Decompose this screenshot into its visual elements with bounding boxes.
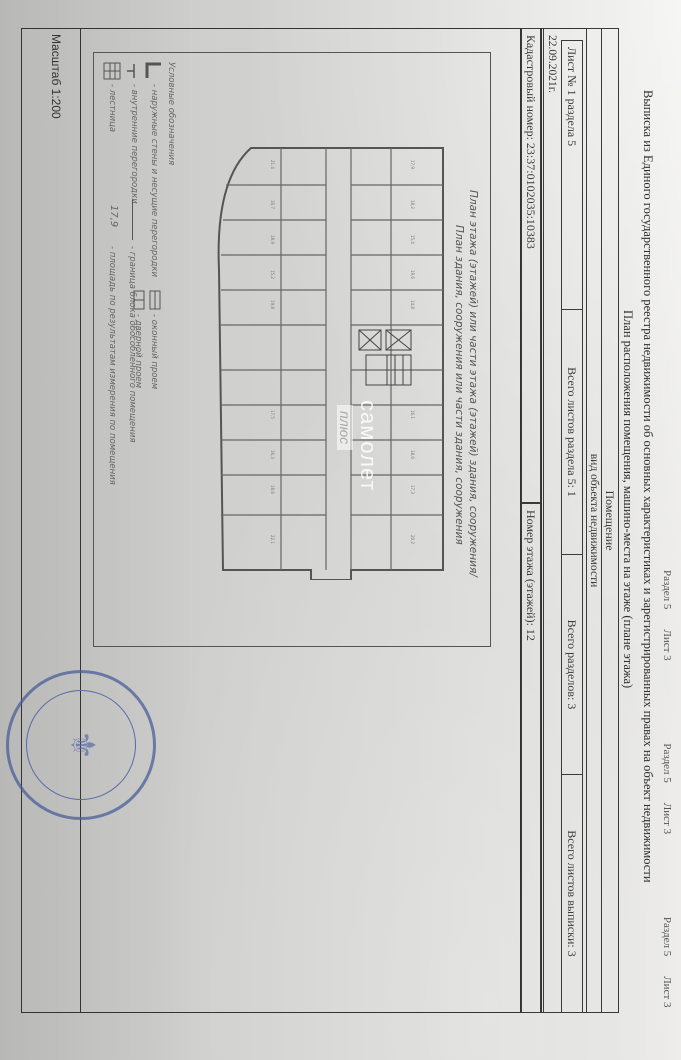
legend-window: - оконный проем [149,314,159,389]
exterior-wall-icon [145,62,163,80]
watermark-badge: плюс [337,405,353,450]
legend-staircase: - лестница [107,84,117,132]
plan-title-2: План здания, сооружения или части здания… [453,225,465,545]
scale-row [21,28,81,1013]
watermark-text: самолет [355,400,381,492]
running-header: Раздел 5Лист 3 Раздел 5Лист 3 Раздел 5Ли… [661,560,673,1018]
svg-text:15,2: 15,2 [270,270,275,279]
svg-text:14,8: 14,8 [410,300,415,309]
svg-text:21,4: 21,4 [270,160,275,169]
svg-text:17,5: 17,5 [270,410,275,419]
document-title: Выписка из Единого государственного реес… [640,90,655,883]
svg-text:18,2: 18,2 [410,200,415,209]
object-type-caption: вид объекта недвижимости [586,28,602,1013]
document-sheet: Раздел 5Лист 3 Раздел 5Лист 3 Раздел 5Ли… [0,0,681,1060]
floor-number: Номер этажа (этажей): 12 [521,503,541,1013]
total-sheets-section: Всего листов раздела 5: 1 [561,310,583,555]
cadastral-number: Кадастровый номер: 23:37:0102035:10383 [521,28,541,503]
boundary-line-icon [132,200,133,240]
date: 22.09.2021г. [543,28,561,1013]
svg-text:18,6: 18,6 [270,485,275,494]
svg-text:16,1: 16,1 [410,410,415,419]
floor-plan-drawing: 17,918,215,4 19,614,816,1 18,017,320,2 2… [211,140,451,580]
svg-text:18,9: 18,9 [270,235,275,244]
legend-exterior-walls: - наружные стены и несущие перегородки [149,84,159,277]
document-subtitle: План расположения помещения, машино-мест… [620,310,635,688]
area-number-label: 17,9 [108,205,119,227]
svg-text:20,2: 20,2 [410,535,415,544]
svg-text:22,1: 22,1 [270,535,275,544]
scale-label: Масштаб 1:200 [49,34,63,119]
svg-text:19,6: 19,6 [410,270,415,279]
plan-title-1: План этажа (этажей) или части этажа (эта… [467,190,479,577]
interior-partition-icon [125,62,143,80]
emblem-icon: ⚜ [59,722,103,768]
legend-area: - площадь по результатам измерения по по… [107,246,117,485]
svg-text:17,3: 17,3 [410,485,415,494]
legend-boundary: - граница блока обособленного помещения [127,246,137,442]
total-sections: Всего разделов: 3 [561,555,583,775]
object-type: Помещение [602,28,619,1013]
total-sheets-extract: Всего листов выписки: 3 [561,775,583,1013]
legend-title: Условные обозначения [166,62,176,165]
svg-text:19,8: 19,8 [270,300,275,309]
window-opening-icon [149,290,161,310]
sheet-of-section: Лист № 1 раздела 5 [561,40,583,310]
staircase-icon [103,62,121,80]
svg-text:16,3: 16,3 [270,450,275,459]
svg-text:15,4: 15,4 [410,235,415,244]
svg-text:16,7: 16,7 [270,200,275,209]
svg-text:18,0: 18,0 [410,450,415,459]
legend-partitions: - внутренние перегородки [129,84,139,204]
svg-text:17,9: 17,9 [410,160,415,169]
